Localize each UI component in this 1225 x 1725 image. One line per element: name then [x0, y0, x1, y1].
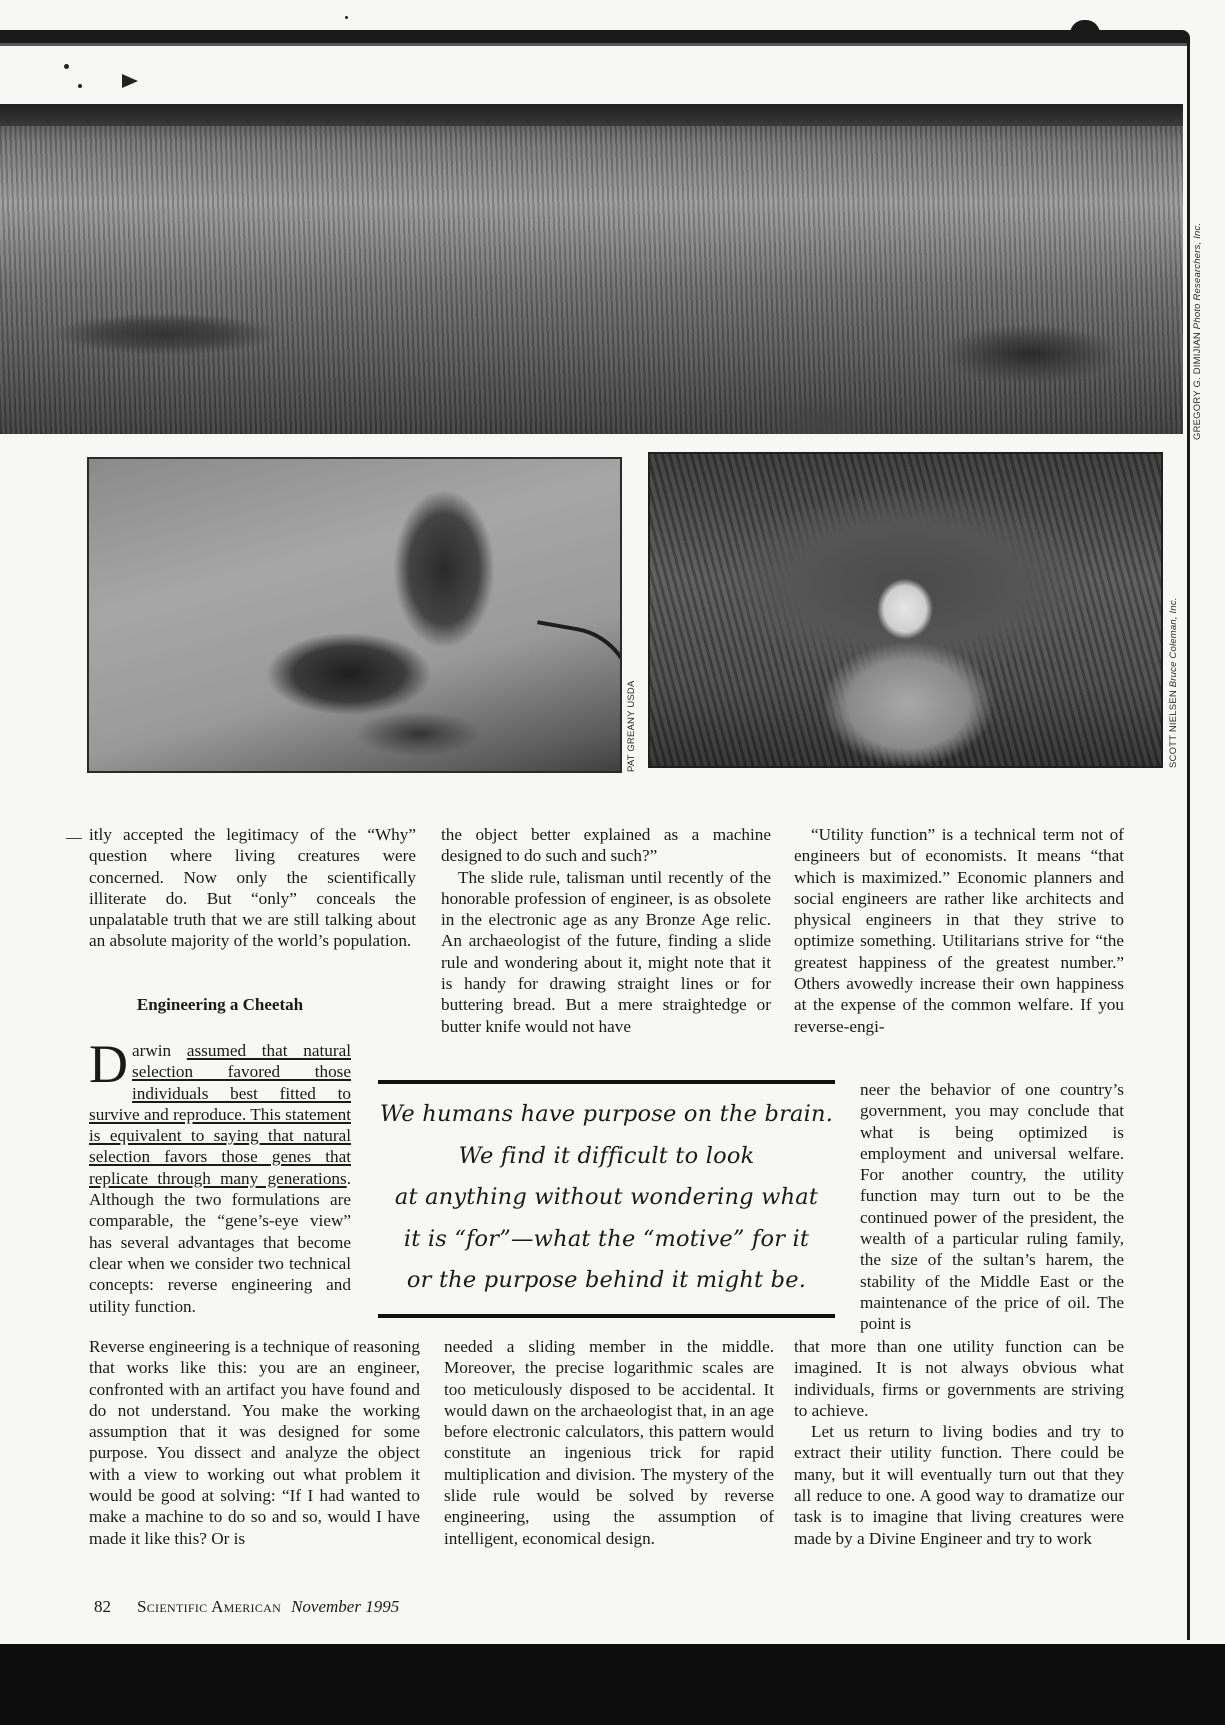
- column-1-bottom: Reverse engineering is a technique of re…: [89, 1336, 420, 1549]
- scan-right-edge: [1187, 40, 1190, 1640]
- scan-speck: [78, 84, 82, 88]
- column-3-inset: neer the behavior of one country’s gover…: [860, 1079, 1124, 1335]
- scan-top-edge: [0, 30, 1190, 46]
- pull-quote-line: We humans have purpose on the brain.: [378, 1094, 835, 1136]
- margin-mark: [66, 838, 82, 839]
- pull-quote: We humans have purpose on the brain. We …: [378, 1080, 835, 1318]
- paragraph: “Utility function” is a technical term n…: [794, 824, 1124, 1037]
- paragraph: Reverse engineering is a technique of re…: [89, 1336, 420, 1549]
- pull-quote-line: it is “for”—what the “motive” for it: [378, 1219, 835, 1261]
- paragraph: The slide rule, talisman until recently …: [441, 867, 771, 1037]
- scan-speck: [345, 16, 348, 19]
- magazine-name: Scientific American: [137, 1597, 281, 1617]
- drop-cap: D: [89, 1044, 128, 1084]
- pull-quote-line: at anything without wondering what: [378, 1177, 835, 1219]
- paragraph: neer the behavior of one country’s gover…: [860, 1079, 1124, 1335]
- handwritten-underline: assumed that natural selection favored t…: [89, 1041, 351, 1188]
- photo-credit-eagle: SCOTT NIELSEN Bruce Coleman, Inc.: [1168, 597, 1179, 768]
- pull-quote-line: We find it difficult to look: [378, 1136, 835, 1178]
- paragraph: needed a sliding member in the middle. M…: [444, 1336, 774, 1549]
- page-folio: 82 Scientific American November 1995: [94, 1597, 399, 1617]
- photo-credit-wasp: PAT GREANY USDA: [626, 680, 637, 772]
- issue-date: November 1995: [291, 1597, 399, 1617]
- photo-cheetah-chasing-gazelle: [0, 104, 1183, 434]
- paragraph: Darwin assumed that natural selection fa…: [89, 1040, 351, 1317]
- scan-speck-arrow: [122, 74, 138, 88]
- paragraph: the object better explained as a machine…: [441, 824, 771, 867]
- photo-credit-cheetah: GREGORY G. DIMIJIAN Photo Researchers, I…: [1192, 223, 1203, 440]
- pull-quote-line: or the purpose behind it might be.: [378, 1260, 835, 1302]
- column-3-top: “Utility function” is a technical term n…: [794, 824, 1124, 1037]
- scan-bottom-edge: [0, 1644, 1225, 1725]
- column-2-top: the object better explained as a machine…: [441, 824, 771, 1037]
- photo-wasp-with-caterpillar: [87, 457, 622, 773]
- section-subhead: Engineering a Cheetah: [89, 995, 351, 1015]
- column-3-bottom: that more than one utility function can …: [794, 1336, 1124, 1549]
- paragraph: itly accepted the legitimacy of the “Why…: [89, 824, 416, 952]
- paragraph: that more than one utility function can …: [794, 1336, 1124, 1421]
- paragraph: Let us return to living bodies and try t…: [794, 1421, 1124, 1549]
- column-1-dropcap-paragraph: Darwin assumed that natural selection fa…: [89, 1040, 351, 1317]
- column-2-bottom: needed a sliding member in the middle. M…: [444, 1336, 774, 1549]
- photo-bald-eagle: [648, 452, 1163, 768]
- column-1-top: itly accepted the legitimacy of the “Why…: [89, 824, 416, 952]
- page-number: 82: [94, 1597, 111, 1617]
- wasp-antenna: [522, 620, 622, 728]
- scan-speck: [64, 64, 69, 69]
